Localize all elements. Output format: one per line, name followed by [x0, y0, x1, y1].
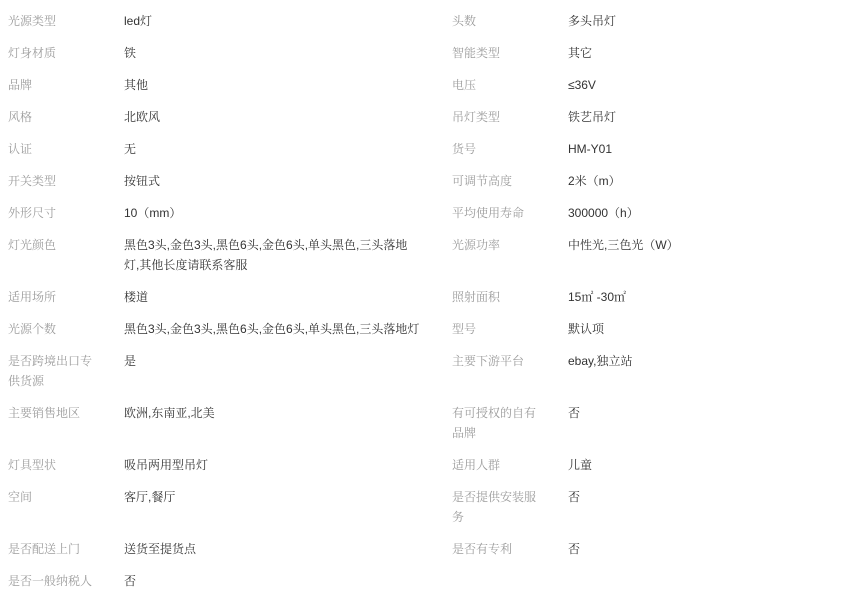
attribute-right-value: 多头吊灯	[568, 5, 849, 37]
attribute-row: 是否一般纳税人否	[8, 565, 849, 597]
attribute-row: 风格北欧风吊灯类型铁艺吊灯	[8, 101, 849, 133]
attribute-right-label: 平均使用寿命	[452, 197, 568, 229]
attribute-left-value: 北欧风	[124, 101, 452, 133]
attribute-left-label: 风格	[8, 101, 124, 133]
attribute-right-label: 适用人群	[452, 449, 568, 481]
attribute-row: 是否配送上门送货至提货点是否有专利否	[8, 533, 849, 565]
attribute-right-value: 中性光,三色光（W）	[568, 229, 849, 281]
attribute-left-value: 其他	[124, 69, 452, 101]
attribute-left-value: 否	[124, 565, 452, 597]
attribute-right-value: 否	[568, 533, 849, 565]
attribute-left-value: 按钮式	[124, 165, 452, 197]
attribute-right-value: 15㎡ -30㎡	[568, 281, 849, 313]
attribute-row: 灯光颜色黑色3头,金色3头,黑色6头,金色6头,单头黑色,三头落地灯,其他长度请…	[8, 229, 849, 281]
attribute-left-label: 灯身材质	[8, 37, 124, 69]
attribute-left-value: 黑色3头,金色3头,黑色6头,金色6头,单头黑色,三头落地灯,其他长度请联系客服	[124, 229, 452, 281]
attribute-left-value: 铁	[124, 37, 452, 69]
attribute-right-label: 有可授权的自有品牌	[452, 397, 568, 449]
attribute-right-value: 默认项	[568, 313, 849, 345]
attribute-left-label: 主要销售地区	[8, 397, 124, 449]
attribute-left-label: 认证	[8, 133, 124, 165]
attribute-row: 灯具型状吸吊两用型吊灯适用人群儿童	[8, 449, 849, 481]
attribute-right-label: 照射面积	[452, 281, 568, 313]
attribute-left-label: 是否跨境出口专供货源	[8, 345, 124, 397]
attribute-right-label: 型号	[452, 313, 568, 345]
attribute-left-label: 开关类型	[8, 165, 124, 197]
attribute-right-value: 儿童	[568, 449, 849, 481]
attribute-row: 适用场所楼道照射面积15㎡ -30㎡	[8, 281, 849, 313]
product-attributes-body: 光源类型led灯头数多头吊灯灯身材质铁智能类型其它品牌其他电压≤36V风格北欧风…	[8, 5, 849, 597]
attribute-row: 认证无货号HM-Y01	[8, 133, 849, 165]
attribute-row: 空间客厅,餐厅是否提供安装服务否	[8, 481, 849, 533]
attribute-row: 品牌其他电压≤36V	[8, 69, 849, 101]
attribute-left-label: 光源个数	[8, 313, 124, 345]
attribute-right-label	[452, 565, 568, 597]
attribute-right-value: 其它	[568, 37, 849, 69]
attribute-right-value: ≤36V	[568, 69, 849, 101]
attribute-row: 光源个数黑色3头,金色3头,黑色6头,金色6头,单头黑色,三头落地灯型号默认项	[8, 313, 849, 345]
attribute-left-label: 外形尺寸	[8, 197, 124, 229]
attribute-row: 主要销售地区欧洲,东南亚,北美有可授权的自有品牌否	[8, 397, 849, 449]
attribute-left-value: 是	[124, 345, 452, 397]
attribute-row: 开关类型按钮式可调节高度2米（m）	[8, 165, 849, 197]
attribute-left-label: 是否配送上门	[8, 533, 124, 565]
attribute-right-label: 光源功率	[452, 229, 568, 281]
product-attributes-table: 光源类型led灯头数多头吊灯灯身材质铁智能类型其它品牌其他电压≤36V风格北欧风…	[8, 5, 849, 597]
attribute-row: 外形尺寸10（mm）平均使用寿命300000（h）	[8, 197, 849, 229]
attribute-right-label: 头数	[452, 5, 568, 37]
attribute-right-label: 可调节高度	[452, 165, 568, 197]
attribute-left-value: 楼道	[124, 281, 452, 313]
attribute-left-label: 光源类型	[8, 5, 124, 37]
attribute-right-value: 否	[568, 481, 849, 533]
attribute-left-value: 欧洲,东南亚,北美	[124, 397, 452, 449]
attribute-left-label: 空间	[8, 481, 124, 533]
attribute-right-value: 2米（m）	[568, 165, 849, 197]
attribute-left-value: 吸吊两用型吊灯	[124, 449, 452, 481]
attribute-left-label: 品牌	[8, 69, 124, 101]
attribute-right-label: 是否有专利	[452, 533, 568, 565]
attribute-right-value: ebay,独立站	[568, 345, 849, 397]
attribute-left-value: 客厅,餐厅	[124, 481, 452, 533]
attribute-left-value: 黑色3头,金色3头,黑色6头,金色6头,单头黑色,三头落地灯	[124, 313, 452, 345]
attribute-row: 灯身材质铁智能类型其它	[8, 37, 849, 69]
attribute-right-label: 是否提供安装服务	[452, 481, 568, 533]
attribute-right-value: 300000（h）	[568, 197, 849, 229]
attribute-right-label: 货号	[452, 133, 568, 165]
attribute-left-value: led灯	[124, 5, 452, 37]
attribute-right-value: 铁艺吊灯	[568, 101, 849, 133]
attribute-right-value: HM-Y01	[568, 133, 849, 165]
attribute-left-label: 是否一般纳税人	[8, 565, 124, 597]
attribute-right-value: 否	[568, 397, 849, 449]
attribute-right-label: 吊灯类型	[452, 101, 568, 133]
attribute-left-value: 无	[124, 133, 452, 165]
attribute-row: 光源类型led灯头数多头吊灯	[8, 5, 849, 37]
attribute-right-label: 主要下游平台	[452, 345, 568, 397]
attribute-right-label: 智能类型	[452, 37, 568, 69]
attribute-row: 是否跨境出口专供货源是主要下游平台ebay,独立站	[8, 345, 849, 397]
attribute-right-value	[568, 565, 849, 597]
attribute-left-value: 送货至提货点	[124, 533, 452, 565]
attribute-left-label: 灯光颜色	[8, 229, 124, 281]
attribute-left-label: 适用场所	[8, 281, 124, 313]
attribute-left-label: 灯具型状	[8, 449, 124, 481]
attribute-right-label: 电压	[452, 69, 568, 101]
attribute-left-value: 10（mm）	[124, 197, 452, 229]
